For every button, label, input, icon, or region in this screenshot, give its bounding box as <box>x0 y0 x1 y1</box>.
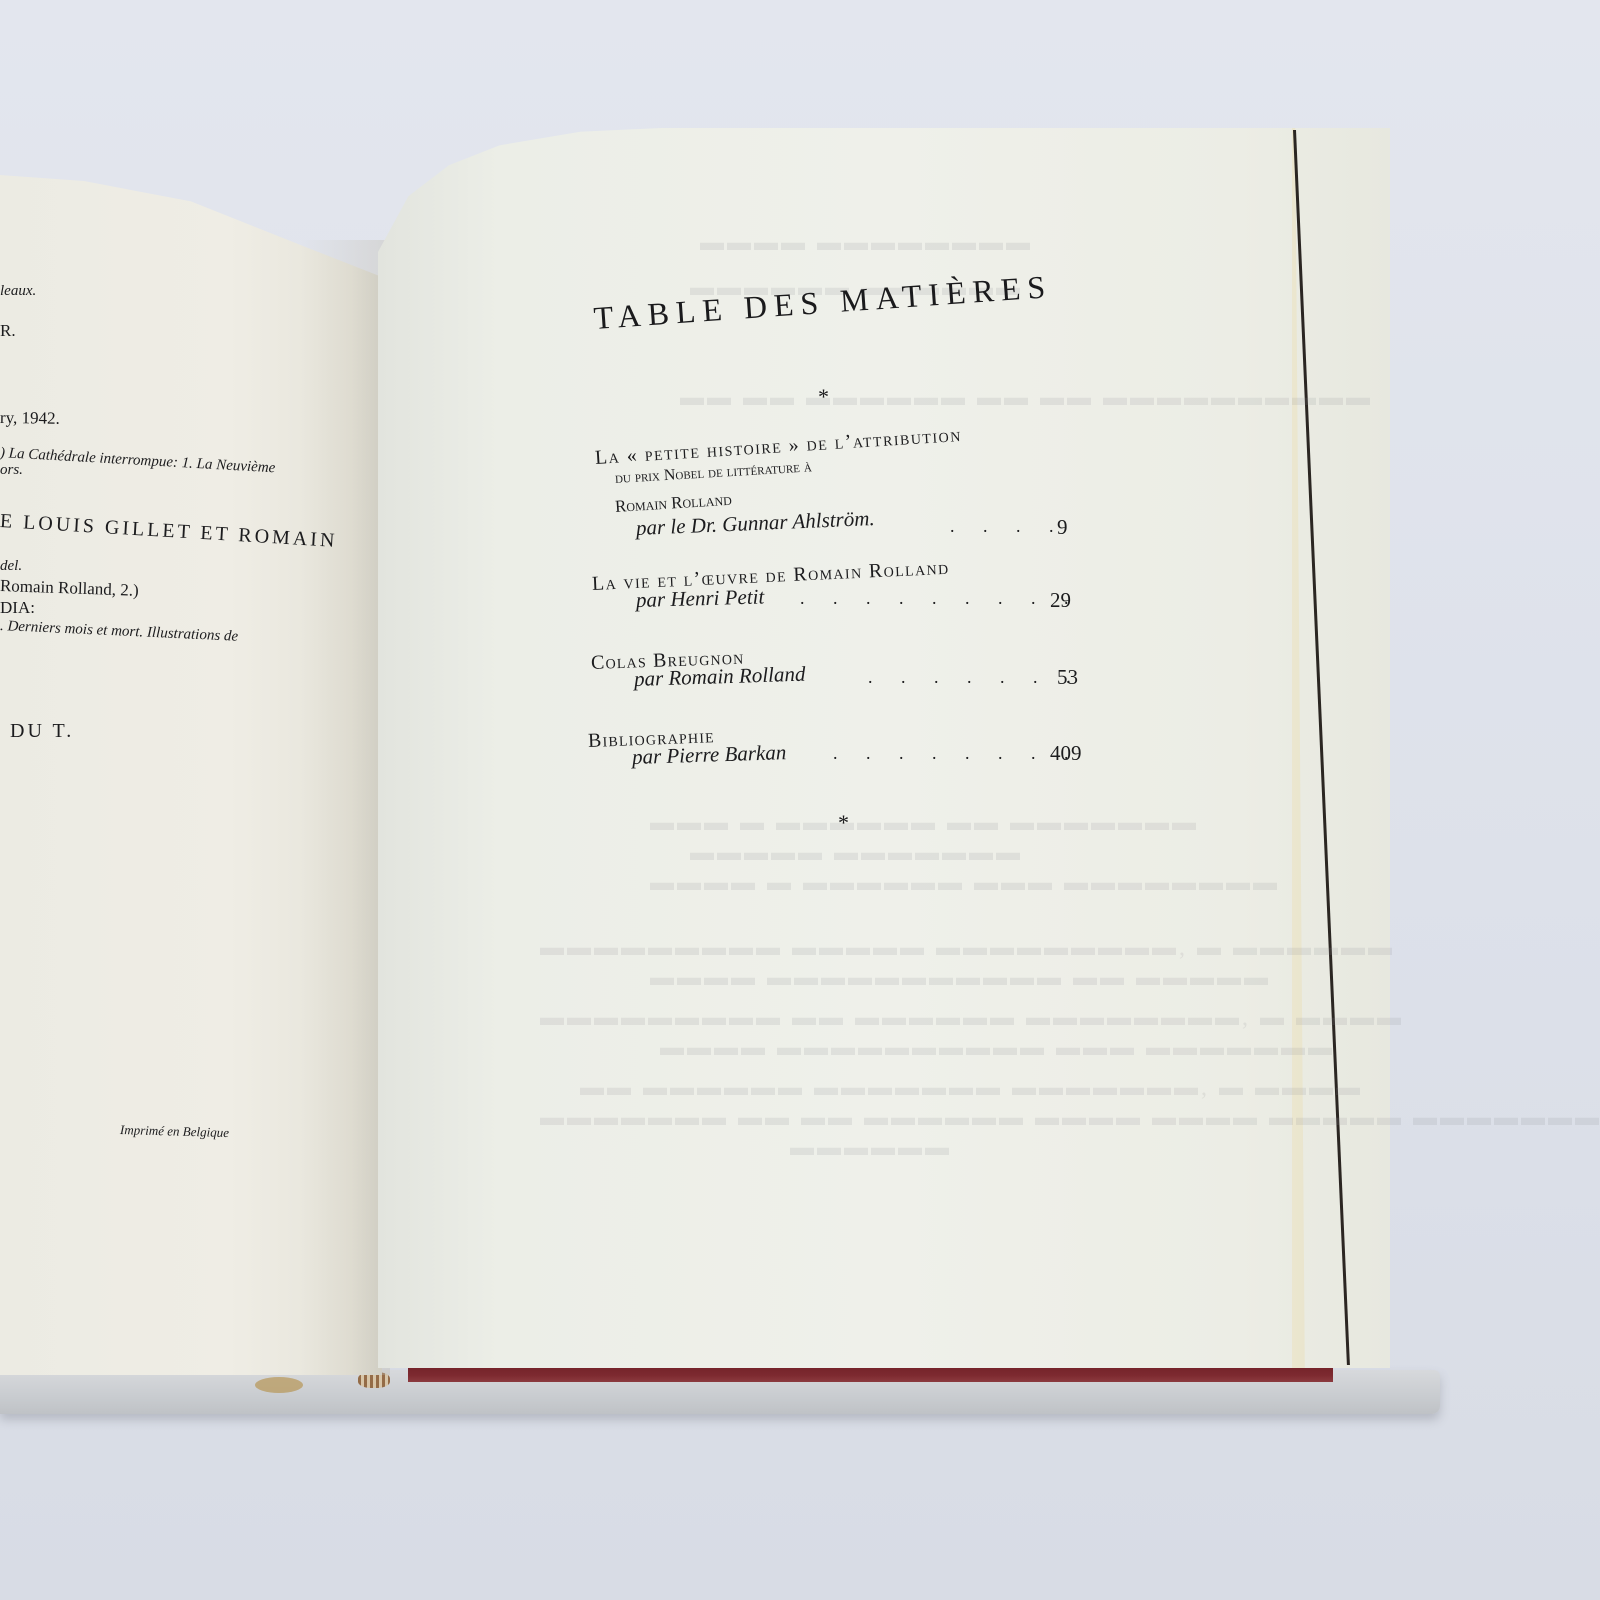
show-through-text: ▬▬▬▬▬▬▬▬▬ ▬▬ ▬▬▬▬▬▬ ▬▬▬▬▬▬▬▬, ▬ ▬▬▬▬ <box>540 1005 1404 1032</box>
toc-leader-dots: . . . . . . . . <box>833 743 1081 764</box>
show-through-text: ▬▬▬▬▬▬▬▬▬ ▬▬▬▬▬ ▬▬▬▬▬▬▬▬▬, ▬ ▬▬▬▬▬▬ <box>540 935 1395 962</box>
book-photo: leaux. R. ry, 1942. ) La Cathédrale inte… <box>0 0 1600 1600</box>
left-line: R. <box>0 321 16 341</box>
show-through-text: ▬▬▬▬ ▬▬▬▬▬▬▬▬▬▬▬ ▬▬ ▬▬▬▬▬ <box>650 965 1271 992</box>
imprint-text: Imprimé en Belgique <box>120 1122 229 1141</box>
toc-author: par Pierre Barkan <box>632 740 787 770</box>
toc-page-number: 409 <box>1050 741 1082 766</box>
show-through-text: ▬▬▬▬ ▬▬▬▬▬▬▬▬▬▬ ▬▬▬ ▬▬▬▬▬▬▬ <box>660 1035 1335 1062</box>
show-through-text: ▬▬▬ ▬ ▬▬▬▬▬▬ ▬▬ ▬▬▬▬▬▬▬ <box>650 810 1199 837</box>
left-line: del. <box>0 558 22 575</box>
show-through-text: ▬▬▬▬ ▬▬▬▬▬▬▬▬ <box>700 230 1033 257</box>
show-through-text: ▬▬ ▬▬▬▬▬▬ ▬▬▬▬▬▬▬ ▬▬▬▬▬▬▬, ▬ ▬▬▬▬ <box>580 1075 1363 1102</box>
cover-wear-mark <box>255 1377 303 1393</box>
toc-page-number: 29 <box>1050 588 1071 613</box>
toc-leader-dots: . . . . <box>950 516 1066 537</box>
show-through-text: ▬▬ ▬▬ ▬▬▬▬▬▬ ▬▬ ▬▬ ▬▬▬▬▬▬▬▬▬▬ <box>680 385 1373 412</box>
toc-page-number: 9 <box>1057 515 1068 540</box>
toc-author: par Henri Petit <box>636 584 765 613</box>
left-line: ors. <box>0 462 23 479</box>
gutter-shadow <box>300 240 390 1375</box>
toc-leader-dots: . . . . . . . . . <box>800 588 1081 609</box>
toc-leader-dots: . . . . . . . <box>868 667 1083 688</box>
ornament-asterisk-bottom: * <box>838 810 849 836</box>
ornament-asterisk-top: * <box>818 384 829 410</box>
left-line: ry, 1942. <box>0 408 60 429</box>
toc-page-number: 53 <box>1057 665 1078 690</box>
show-through-text: ▬▬▬▬▬ ▬▬▬▬▬▬▬ <box>690 840 1023 867</box>
left-line: DU T. <box>10 720 74 743</box>
left-line: leaux. <box>0 283 36 300</box>
left-line: DIA: <box>0 598 35 618</box>
show-through-text: ▬▬▬▬▬▬▬ ▬▬ ▬▬ ▬▬▬▬▬▬ ▬▬▬▬ ▬▬▬▬ ▬▬▬▬▬ ▬▬▬… <box>540 1105 1600 1132</box>
show-through-text: ▬▬▬▬ ▬ ▬▬▬▬▬▬ ▬▬▬ ▬▬▬▬▬▬▬▬ <box>650 870 1280 897</box>
show-through-text: ▬▬▬▬▬▬ <box>790 1135 952 1162</box>
